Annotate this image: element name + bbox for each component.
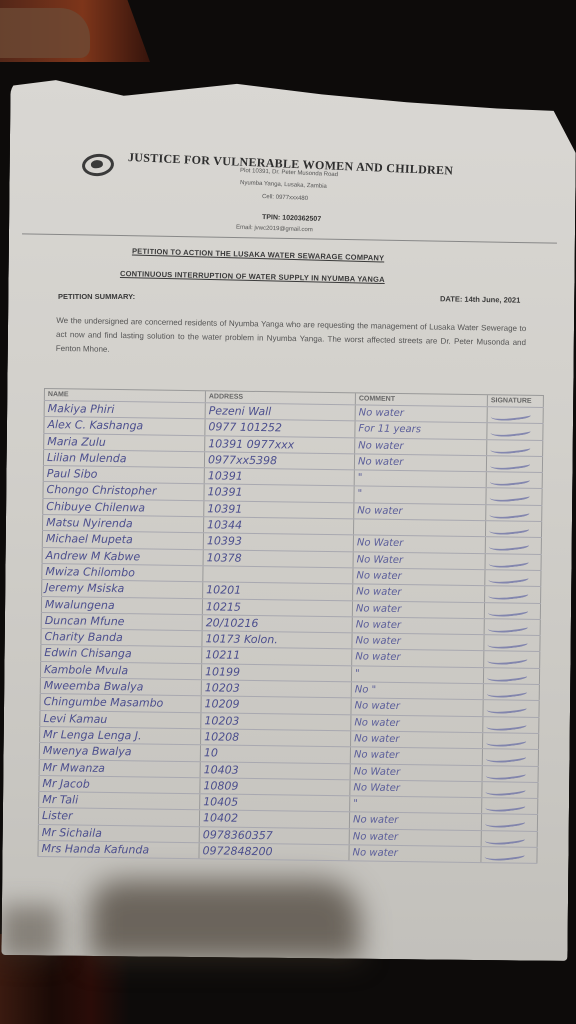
signature-scribble-icon — [487, 620, 528, 635]
signer-signature — [482, 798, 538, 814]
signer-address: 10 — [201, 745, 351, 762]
signature-scribble-icon — [490, 457, 531, 472]
signer-signature — [483, 717, 539, 733]
signer-signature — [484, 635, 540, 651]
signer-signature — [487, 456, 543, 472]
signer-signature — [483, 749, 539, 765]
signer-name: Alex C. Kashanga — [43, 417, 205, 435]
signer-address: 10209 — [201, 697, 351, 714]
signer-address: 0972848200 — [199, 843, 349, 860]
signature-scribble-icon — [485, 767, 526, 782]
signer-comment: " — [350, 796, 482, 813]
signer-name: Mwalungena — [41, 597, 203, 615]
signature-scribble-icon — [484, 848, 525, 863]
signer-signature — [487, 472, 543, 488]
header-name: NAME — [44, 389, 206, 402]
signature-scribble-icon — [489, 522, 530, 537]
signer-signature — [486, 521, 542, 537]
signer-comment: No water — [355, 438, 487, 455]
signature-scribble-icon — [489, 490, 530, 505]
signer-comment: No water — [350, 829, 482, 846]
signature-scribble-icon — [487, 604, 528, 619]
signer-name: Edwin Chisanga — [40, 645, 202, 663]
signer-comment: " — [355, 471, 487, 488]
signature-scribble-icon — [487, 652, 528, 667]
signer-comment: No water — [353, 601, 485, 618]
signer-signature — [482, 831, 538, 847]
table-body: Makiya PhiriPezeni WallNo waterAlex C. K… — [37, 401, 543, 864]
signer-comment: No water — [351, 748, 483, 765]
signature-scribble-icon — [486, 701, 527, 716]
signer-address: Pezeni Wall — [206, 403, 356, 420]
signer-address: 10405 — [200, 794, 350, 811]
signer-comment: No water — [350, 813, 482, 830]
signer-comment: " — [354, 487, 486, 504]
signature-scribble-icon — [490, 408, 531, 423]
signer-address: 10199 — [202, 664, 352, 681]
signer-address: 20/10216 — [203, 615, 353, 632]
signer-name: Jeremy Msiska — [41, 580, 203, 598]
signer-address: 10344 — [204, 517, 354, 534]
signer-comment: No water — [352, 633, 484, 650]
petition-date: DATE: 14th June, 2021 — [440, 294, 520, 304]
signer-signature — [484, 684, 540, 700]
signer-signature — [483, 733, 539, 749]
signer-comment — [354, 519, 486, 536]
petition-title: PETITION TO ACTION THE LUSAKA WATER SEWA… — [132, 246, 385, 262]
signer-name: Chongo Christopher — [42, 482, 204, 500]
signer-signature — [481, 847, 537, 863]
signer-signature — [485, 570, 541, 586]
signer-address: 10393 — [204, 534, 354, 551]
signer-name: Lister — [38, 808, 200, 826]
signer-address: 10391 — [204, 485, 354, 502]
header-divider — [22, 233, 557, 243]
signer-name: Andrew M Kabwe — [42, 548, 204, 566]
signer-signature — [482, 782, 538, 798]
signature-scribble-icon — [488, 571, 529, 586]
signer-address: 10203 — [201, 713, 351, 730]
signer-comment: No Water — [350, 780, 482, 797]
signature-scribble-icon — [489, 506, 530, 521]
summary-label: PETITION SUMMARY: — [58, 292, 135, 301]
signer-signature — [486, 505, 542, 521]
signer-name: Makiya Phiri — [44, 401, 206, 419]
signer-address: 0977 101252 — [205, 420, 355, 437]
header-signature: SIGNATURE — [488, 395, 544, 407]
signer-name: Levi Kamau — [39, 711, 201, 729]
signer-address — [203, 566, 353, 583]
signer-name: Paul Sibo — [43, 466, 205, 484]
signer-signature — [485, 586, 541, 602]
signer-address: 10173 Kolon. — [202, 631, 352, 648]
signer-name: Mrs Handa Kafunda — [37, 841, 199, 859]
signer-comment: No water — [355, 454, 487, 471]
signer-address: 10208 — [201, 729, 351, 746]
summary-text: We the undersigned are concerned residen… — [56, 314, 527, 364]
signature-scribble-icon — [485, 815, 526, 830]
signer-comment: No Water — [351, 764, 483, 781]
signature-scribble-icon — [486, 718, 527, 733]
signature-scribble-icon — [487, 636, 528, 651]
signer-name: Matsu Nyirenda — [42, 515, 204, 533]
signer-name: Kambole Mvula — [40, 662, 202, 680]
signer-comment: No water — [349, 845, 481, 862]
signature-scribble-icon — [485, 750, 526, 765]
signature-scribble-icon — [488, 538, 529, 553]
signer-address: 10403 — [201, 762, 351, 779]
signer-address: 10391 — [205, 468, 355, 485]
signer-comment: No " — [352, 682, 484, 699]
signer-signature — [483, 766, 539, 782]
signer-signature — [483, 701, 539, 717]
signer-name: Mr Jacob — [38, 776, 200, 794]
signer-address: 10215 — [203, 599, 353, 616]
signer-name: Chibuye Chilenwa — [42, 499, 204, 517]
signer-comment: No water — [356, 405, 488, 422]
signer-comment: No Water — [354, 536, 486, 553]
signer-comment: No water — [353, 585, 485, 602]
signature-scribble-icon — [489, 473, 530, 488]
signer-signature — [487, 423, 543, 439]
org-logo-icon — [81, 152, 115, 177]
signer-comment: No water — [351, 699, 483, 716]
signature-scribble-icon — [487, 669, 528, 684]
org-email: Email: jvwc2019@gmail.com — [236, 225, 313, 234]
signer-name: Mweemba Bwalya — [40, 678, 202, 696]
signer-address: 10391 0977xxx — [205, 436, 355, 453]
petition-subtitle: CONTINUOUS INTERRUPTION OF WATER SUPPLY … — [120, 269, 385, 284]
signer-comment: No water — [351, 715, 483, 732]
signer-signature — [486, 554, 542, 570]
signer-comment: No water — [352, 650, 484, 667]
signer-name: Michael Mupeta — [42, 531, 204, 549]
signer-name: Mr Sichaila — [38, 825, 200, 843]
signature-scribble-icon — [490, 441, 531, 456]
signer-signature — [488, 407, 544, 423]
signature-scribble-icon — [488, 587, 529, 602]
header-comment: COMMENT — [356, 393, 488, 406]
signer-name: Mwiza Chilombo — [41, 564, 203, 582]
org-address-line2: Nyumba Yanga, Lusaka, Zambia — [240, 180, 327, 190]
signer-address: 10211 — [202, 648, 352, 665]
signer-signature — [485, 619, 541, 635]
signer-signature — [484, 652, 540, 668]
signer-signature — [486, 489, 542, 505]
signer-name: Duncan Mfune — [41, 613, 203, 631]
signature-scribble-icon — [485, 799, 526, 814]
signer-name: Maria Zulu — [43, 434, 205, 452]
signer-signature — [484, 668, 540, 684]
signer-address: 10402 — [200, 811, 350, 828]
signer-name: Charity Banda — [40, 629, 202, 647]
signer-name: Chingumbe Masambo — [40, 694, 202, 712]
signer-address: 0977xx5398 — [205, 452, 355, 469]
signer-address: 10378 — [204, 550, 354, 567]
signer-name: Mr Lenga Lenga J. — [39, 727, 201, 745]
signer-address: 10809 — [200, 778, 350, 795]
signer-comment: No water — [354, 503, 486, 520]
signature-scribble-icon — [490, 424, 531, 439]
petition-document: JUSTICE FOR VULNERABLE WOMEN AND CHILDRE… — [0, 0, 576, 1024]
signer-comment: No water — [353, 617, 485, 634]
signer-address: 10391 — [204, 501, 354, 518]
signer-comment: No water — [351, 731, 483, 748]
signer-address: 10203 — [202, 680, 352, 697]
signer-name: Mwenya Bwalya — [39, 743, 201, 761]
signer-signature — [482, 815, 538, 831]
signer-comment: For 11 years — [355, 422, 487, 439]
signer-comment: No water — [353, 568, 485, 585]
header-address: ADDRESS — [206, 391, 356, 404]
signature-scribble-icon — [488, 555, 529, 570]
signature-scribble-icon — [485, 783, 526, 798]
org-tpin: TPIN: 1020362507 — [262, 214, 321, 223]
signature-table: NAME ADDRESS COMMENT SIGNATURE Makiya Ph… — [37, 388, 544, 864]
signature-scribble-icon — [486, 734, 527, 749]
signer-signature — [485, 603, 541, 619]
signer-name: Mr Mwanza — [39, 759, 201, 777]
signature-scribble-icon — [486, 685, 527, 700]
org-cell: Cell: 0977xxx480 — [262, 194, 308, 202]
signer-name: Mr Tali — [38, 792, 200, 810]
signer-address: 0978360357 — [200, 827, 350, 844]
signer-comment: No Water — [354, 552, 486, 569]
signer-signature — [486, 538, 542, 554]
signer-address: 10201 — [203, 583, 353, 600]
signer-name: Lilian Mulenda — [43, 450, 205, 468]
signer-signature — [487, 440, 543, 456]
signer-comment: " — [352, 666, 484, 683]
signature-scribble-icon — [484, 832, 525, 847]
